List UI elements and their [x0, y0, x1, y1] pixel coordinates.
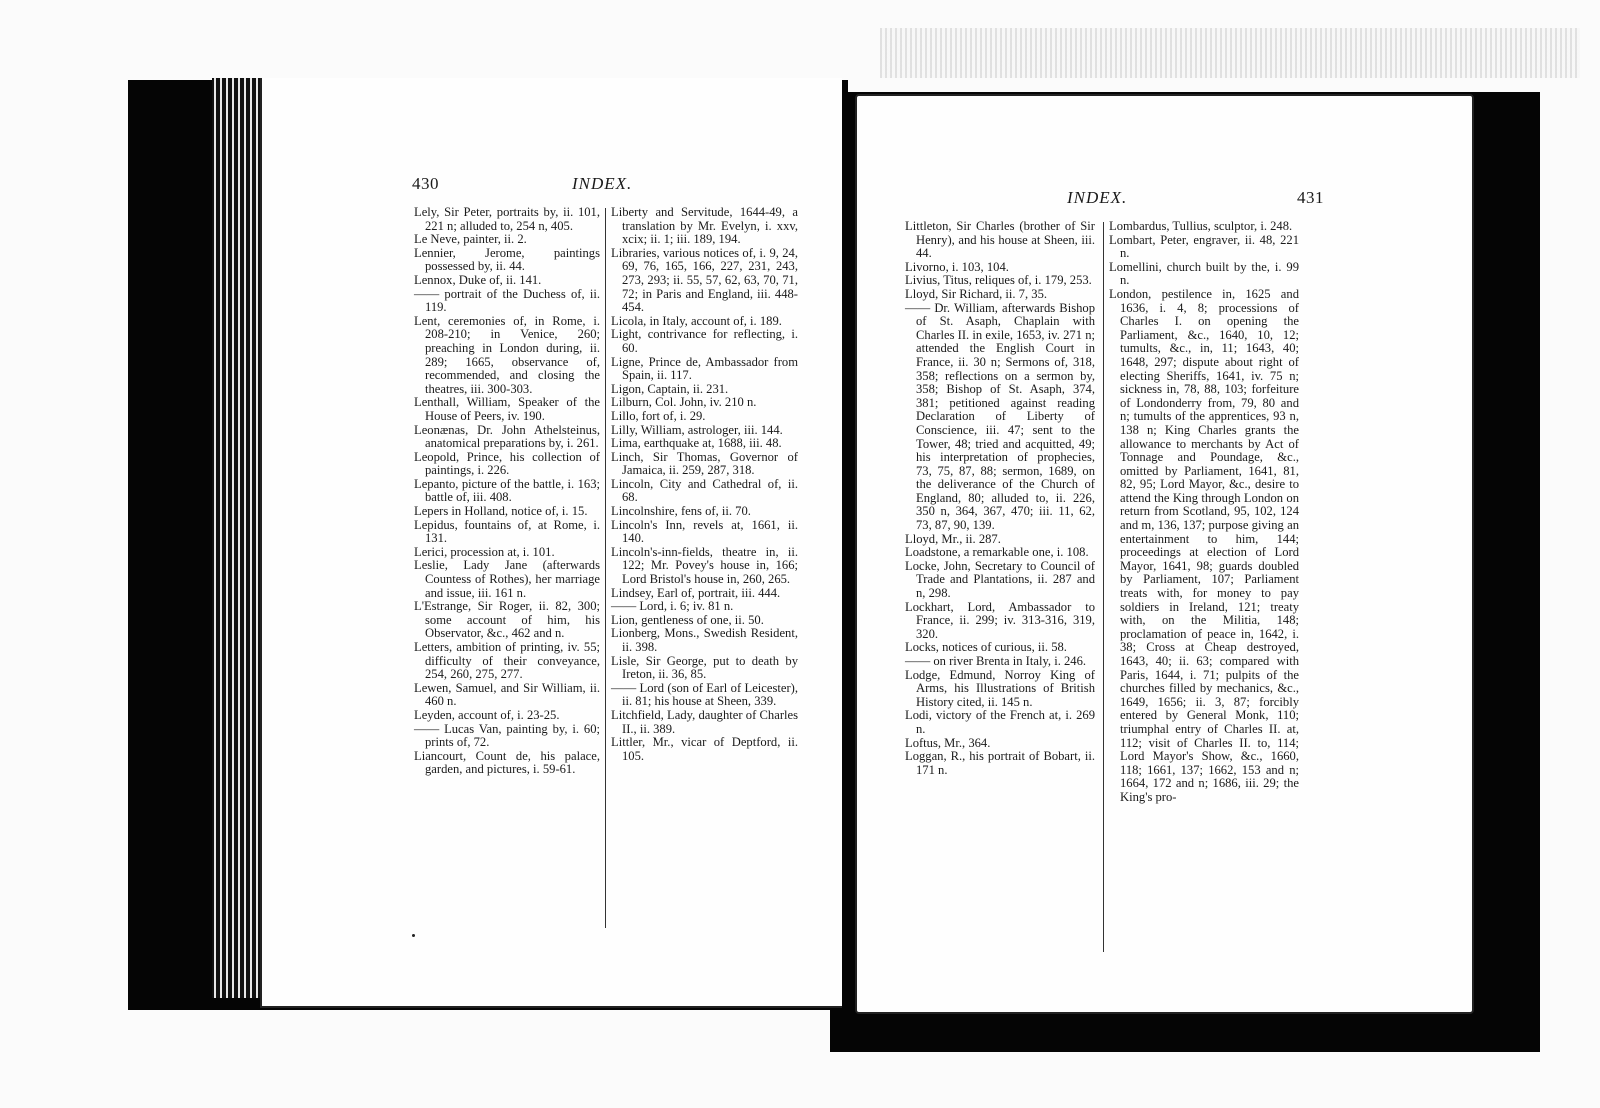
index-entry: Lisle, Sir George, put to death by Ireto…	[611, 655, 798, 682]
index-entry: Lenthall, William, Speaker of the House …	[414, 396, 600, 423]
index-entry: Livius, Titus, reliques of, i. 179, 253.	[905, 274, 1095, 288]
index-entry: —— Lord (son of Earl of Leicester), ii. …	[611, 682, 798, 709]
index-entry: —— Dr. William, afterwards Bishop of St.…	[905, 302, 1095, 533]
index-entry: Leyden, account of, i. 23-25.	[414, 709, 600, 723]
index-entry: Lepanto, picture of the battle, i. 163; …	[414, 478, 600, 505]
index-entry: Lilly, William, astrologer, iii. 144.	[611, 424, 798, 438]
index-entry: Liberty and Servitude, 1644-49, a transl…	[611, 206, 798, 247]
index-entry: Liancourt, Count de, his palace, garden,…	[414, 750, 600, 777]
index-entry: Lincolnshire, fens of, ii. 70.	[611, 505, 798, 519]
index-entry: Lodi, victory of the French at, i. 269 n…	[905, 709, 1095, 736]
index-entry: Lombardus, Tullius, sculptor, i. 248.	[1109, 220, 1299, 234]
index-entry: Light, contrivance for reflecting, i. 60…	[611, 328, 798, 355]
index-entry: Letters, ambition of printing, iv. 55; d…	[414, 641, 600, 682]
right-page-header: INDEX. 431	[1067, 188, 1447, 210]
index-column: Liberty and Servitude, 1644-49, a transl…	[611, 206, 798, 763]
index-entry: Lincoln's-inn-fields, theatre in, ii. 12…	[611, 546, 798, 587]
index-entry: Lloyd, Sir Richard, ii. 7, 35.	[905, 288, 1095, 302]
index-entry: L'Estrange, Sir Roger, ii. 82, 300; some…	[414, 600, 600, 641]
index-entry: Litchfield, Lady, daughter of Charles II…	[611, 709, 798, 736]
index-entry: Lennier, Jerome, paintings possessed by,…	[414, 247, 600, 274]
index-entry: Lent, ceremonies of, in Rome, i. 208-210…	[414, 315, 600, 397]
index-entry: Lepers in Holland, notice of, i. 15.	[414, 505, 600, 519]
index-entry: Le Neve, painter, ii. 2.	[414, 233, 600, 247]
index-entry: Lockhart, Lord, Ambassador to France, ii…	[905, 601, 1095, 642]
index-entry: Leopold, Prince, his collection of paint…	[414, 451, 600, 478]
index-entry: Lillo, fort of, i. 29.	[611, 410, 798, 424]
index-entry: Lionberg, Mons., Swedish Resident, ii. 3…	[611, 627, 798, 654]
index-entry: Lomellini, church built by the, i. 99 n.	[1109, 261, 1299, 288]
left-page: 430 INDEX. Lely, Sir Peter, portraits by…	[260, 78, 842, 1008]
column-rule	[605, 208, 606, 928]
index-entry: —— portrait of the Duchess of, ii. 119.	[414, 288, 600, 315]
index-entry: Leonænas, Dr. John Athelsteinus, anatomi…	[414, 424, 600, 451]
index-entry: —— Lord, i. 6; iv. 81 n.	[611, 600, 798, 614]
index-column: Lely, Sir Peter, portraits by, ii. 101, …	[414, 206, 600, 777]
index-entry: Licola, in Italy, account of, i. 189.	[611, 315, 798, 329]
index-entry: Leslie, Lady Jane (afterwards Countess o…	[414, 559, 600, 600]
left-page-header: 430 INDEX.	[412, 174, 812, 196]
index-entry: Lincoln, City and Cathedral of, ii. 68.	[611, 478, 798, 505]
index-entry: Lindsey, Earl of, portrait, iii. 444.	[611, 587, 798, 601]
index-entry: Lerici, procession at, i. 101.	[414, 546, 600, 560]
index-entry: Lennox, Duke of, ii. 141.	[414, 274, 600, 288]
index-entry: Libraries, various notices of, i. 9, 24,…	[611, 247, 798, 315]
index-entry: Lima, earthquake at, 1688, iii. 48.	[611, 437, 798, 451]
index-entry: Locks, notices of curious, ii. 58.	[905, 641, 1095, 655]
scan-noise-band	[880, 28, 1580, 78]
index-entry: Littleton, Sir Charles (brother of Sir H…	[905, 220, 1095, 261]
index-entry: Loadstone, a remarkable one, i. 108.	[905, 546, 1095, 560]
column-rule	[1103, 222, 1104, 952]
index-entry: Locke, John, Secretary to Council of Tra…	[905, 560, 1095, 601]
page-number: 430	[412, 174, 439, 194]
index-column: Lombardus, Tullius, sculptor, i. 248. Lo…	[1109, 220, 1299, 805]
index-entry: Littler, Mr., vicar of Deptford, ii. 105…	[611, 736, 798, 763]
index-entry: Lely, Sir Peter, portraits by, ii. 101, …	[414, 206, 600, 233]
right-page: INDEX. 431 Littleton, Sir Charles (broth…	[855, 94, 1474, 1014]
index-entry: Lincoln's Inn, revels at, 1661, ii. 140.	[611, 519, 798, 546]
index-column: Littleton, Sir Charles (brother of Sir H…	[905, 220, 1095, 777]
index-entry: —— Lucas Van, painting by, i. 60; prints…	[414, 723, 600, 750]
scan-speck	[412, 934, 415, 937]
running-title: INDEX.	[1067, 188, 1127, 208]
index-entry: London, pestilence in, 1625 and 1636, i.…	[1109, 288, 1299, 805]
index-entry: —— on river Brenta in Italy, i. 246.	[905, 655, 1095, 669]
index-entry: Loftus, Mr., 364.	[905, 737, 1095, 751]
page-number: 431	[1297, 188, 1324, 208]
index-entry: Lloyd, Mr., ii. 287.	[905, 533, 1095, 547]
index-entry: Lepidus, fountains of, at Rome, i. 131.	[414, 519, 600, 546]
index-entry: Livorno, i. 103, 104.	[905, 261, 1095, 275]
index-entry: Lion, gentleness of one, ii. 50.	[611, 614, 798, 628]
index-entry: Lilburn, Col. John, iv. 210 n.	[611, 396, 798, 410]
index-entry: Ligne, Prince de, Ambassador from Spain,…	[611, 356, 798, 383]
index-entry: Ligon, Captain, ii. 231.	[611, 383, 798, 397]
running-title: INDEX.	[572, 174, 632, 194]
index-entry: Loggan, R., his portrait of Bobart, ii. …	[905, 750, 1095, 777]
index-entry: Linch, Sir Thomas, Governor of Jamaica, …	[611, 451, 798, 478]
index-entry: Lewen, Samuel, and Sir William, ii. 460 …	[414, 682, 600, 709]
index-entry: Lombart, Peter, engraver, ii. 48, 221 n.	[1109, 234, 1299, 261]
index-entry: Lodge, Edmund, Norroy King of Arms, his …	[905, 669, 1095, 710]
